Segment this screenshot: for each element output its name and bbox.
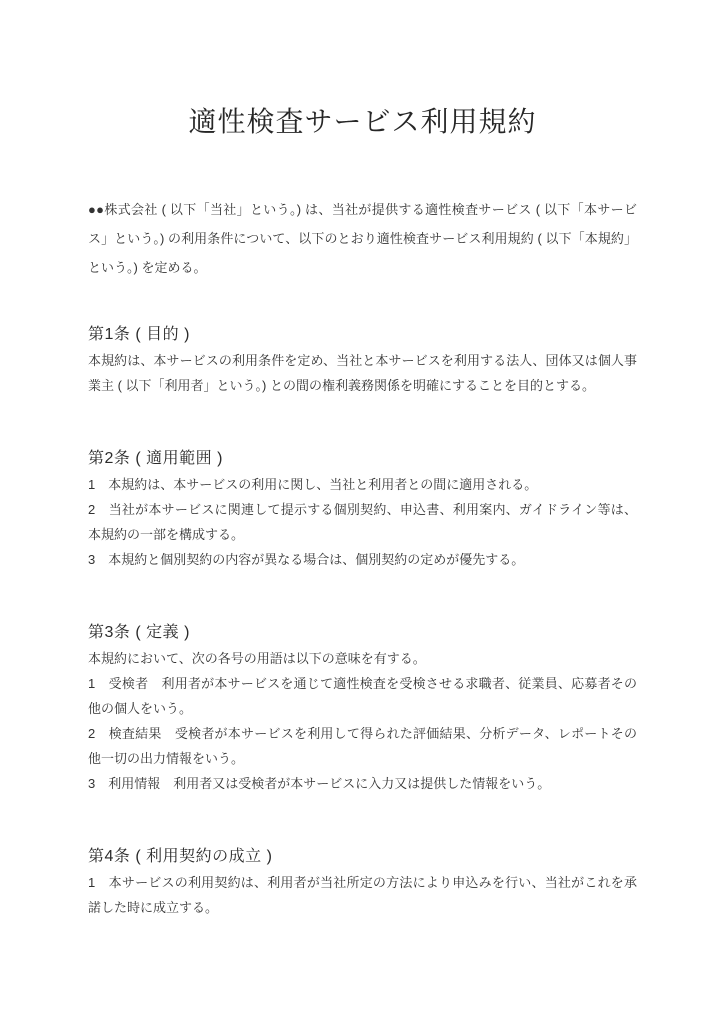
article-2: 第2条 ( 適用範囲 ) 1 本規約は、本サービスの利用に関し、当社と利用者との…: [88, 448, 637, 572]
article-3-item-2: 2 検査結果 受検者が本サービスを利用して得られた評価結果、分析データ、レポート…: [88, 721, 637, 771]
article-2-item-3: 3 本規約と個別契約の内容が異なる場合は、個別契約の定めが優先する。: [88, 547, 637, 572]
article-1: 第1条 ( 目的 ) 本規約は、本サービスの利用条件を定め、当社と本サービスを利…: [88, 324, 637, 398]
article-3: 第3条 ( 定義 ) 本規約において、次の各号の用語は以下の意味を有する。 1 …: [88, 622, 637, 796]
article-4: 第4条 ( 利用契約の成立 ) 1 本サービスの利用契約は、利用者が当社所定の方…: [88, 846, 637, 920]
article-3-item-1: 1 受検者 利用者が本サービスを通じて適性検査を受検させる求職者、従業員、応募者…: [88, 671, 637, 721]
article-4-heading: 第4条 ( 利用契約の成立 ): [88, 846, 637, 868]
article-4-item-1: 1 本サービスの利用契約は、利用者が当社所定の方法により申込みを行い、当社がこれ…: [88, 870, 637, 920]
intro-paragraph: ●●株式会社 ( 以下「当社」という。) は、当社が提供する適性検査サービス (…: [88, 195, 637, 282]
article-2-item-2: 2 当社が本サービスに関連して提示する個別契約、申込書、利用案内、ガイドライン等…: [88, 497, 637, 547]
article-2-item-1: 1 本規約は、本サービスの利用に関し、当社と利用者との間に適用される。: [88, 472, 637, 497]
article-3-lead: 本規約において、次の各号の用語は以下の意味を有する。: [88, 646, 637, 671]
article-1-heading: 第1条 ( 目的 ): [88, 324, 637, 346]
article-3-heading: 第3条 ( 定義 ): [88, 622, 637, 644]
document-page: 適性検査サービス利用規約 ●●株式会社 ( 以下「当社」という。) は、当社が提…: [0, 0, 724, 1024]
document-title: 適性検査サービス利用規約: [88, 105, 637, 139]
article-1-paragraph: 本規約は、本サービスの利用条件を定め、当社と本サービスを利用する法人、団体又は個…: [88, 348, 637, 398]
article-2-heading: 第2条 ( 適用範囲 ): [88, 448, 637, 470]
article-3-item-3: 3 利用情報 利用者又は受検者が本サービスに入力又は提供した情報をいう。: [88, 771, 637, 796]
